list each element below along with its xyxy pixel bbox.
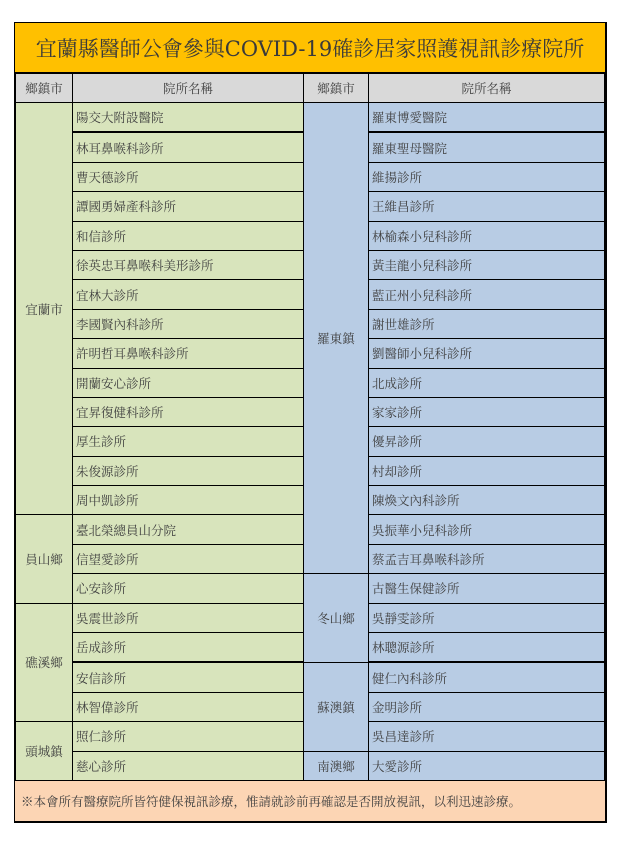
clinic-cell-left: 許明哲耳鼻喉科診所 — [73, 339, 304, 368]
clinic-cell-right: 羅東博愛醫院 — [369, 103, 605, 133]
clinic-cell-left: 陽交大附設醫院 — [73, 103, 304, 133]
clinic-cell-right: 林榆森小兒科診所 — [369, 221, 605, 250]
clinic-cell-left: 吳震世診所 — [73, 603, 304, 632]
table-row: 宜蘭市陽交大附設醫院羅東鎮羅東博愛醫院 — [16, 103, 605, 133]
town-cell-left: 頭城鎮 — [16, 722, 73, 781]
clinic-cell-left: 安信診所 — [73, 662, 304, 692]
clinic-cell-left: 周中凱診所 — [73, 486, 304, 515]
clinic-cell-left: 和信診所 — [73, 221, 304, 250]
clinic-cell-right: 村却診所 — [369, 456, 605, 485]
clinic-cell-right: 藍正州小兒科診所 — [369, 280, 605, 309]
clinic-cell-right: 吳昌達診所 — [369, 722, 605, 751]
clinic-cell-right: 黃圭龍小兒科診所 — [369, 250, 605, 279]
town-cell-right: 冬山鄉 — [304, 574, 369, 663]
clinic-cell-left: 厚生診所 — [73, 427, 304, 456]
clinic-cell-right: 羅東聖母醫院 — [369, 132, 605, 162]
clinic-cell-right: 陳煥文內科診所 — [369, 486, 605, 515]
clinic-cell-left: 照仁診所 — [73, 722, 304, 751]
clinic-cell-right: 古醫生保健診所 — [369, 574, 605, 603]
clinic-cell-right: 健仁內科診所 — [369, 662, 605, 692]
clinic-cell-right: 優昇診所 — [369, 427, 605, 456]
clinic-cell-right: 蔡孟吉耳鼻喉科診所 — [369, 544, 605, 573]
town-cell-right: 羅東鎮 — [304, 103, 369, 574]
clinic-cell-right: 維揚診所 — [369, 162, 605, 191]
clinic-cell-right: 金明診所 — [369, 692, 605, 721]
clinic-table-body: 宜蘭市陽交大附設醫院羅東鎮羅東博愛醫院林耳鼻喉科診所羅東聖母醫院曹天德診所維揚診… — [16, 103, 605, 781]
clinic-list-sheet: 宜蘭縣醫師公會參與COVID-19確診居家照護視訊診療院所 鄉鎮市 院所名稱 鄉… — [14, 22, 607, 823]
town-cell-right: 蘇澳鎮 — [304, 662, 369, 751]
clinic-cell-right: 吳振華小兒科診所 — [369, 515, 605, 544]
clinic-cell-right: 林聰源診所 — [369, 633, 605, 663]
clinic-cell-left: 林智偉診所 — [73, 692, 304, 721]
header-town-right: 鄉鎮市 — [304, 74, 369, 103]
clinic-cell-left: 臺北榮總員山分院 — [73, 515, 304, 544]
clinic-cell-left: 慈心診所 — [73, 751, 304, 780]
clinic-cell-right: 謝世雄診所 — [369, 309, 605, 338]
sheet-title: 宜蘭縣醫師公會參與COVID-19確診居家照護視訊診療院所 — [15, 23, 605, 73]
clinic-cell-left: 心安診所 — [73, 574, 304, 603]
clinic-cell-left: 曹天德診所 — [73, 162, 304, 191]
clinic-cell-right: 大愛診所 — [369, 751, 605, 780]
header-clinic-left: 院所名稱 — [73, 74, 304, 103]
clinic-cell-left: 林耳鼻喉科診所 — [73, 132, 304, 162]
header-row: 鄉鎮市 院所名稱 鄉鎮市 院所名稱 — [16, 74, 605, 103]
town-cell-right: 南澳鄉 — [304, 751, 369, 780]
header-clinic-right: 院所名稱 — [369, 74, 605, 103]
clinic-cell-left: 信望愛診所 — [73, 544, 304, 573]
clinic-cell-right: 家家診所 — [369, 397, 605, 426]
town-cell-left: 礁溪鄉 — [16, 603, 73, 722]
clinic-cell-left: 開蘭安心診所 — [73, 368, 304, 397]
table-row: 慈心診所南澳鄉大愛診所 — [16, 751, 605, 780]
clinic-cell-left: 宜林大診所 — [73, 280, 304, 309]
clinic-cell-left: 李國賢內科診所 — [73, 309, 304, 338]
header-town-left: 鄉鎮市 — [16, 74, 73, 103]
clinic-cell-right: 北成診所 — [369, 368, 605, 397]
clinic-cell-left: 譚國勇婦產科診所 — [73, 192, 304, 221]
clinic-cell-right: 吳靜雯診所 — [369, 603, 605, 632]
clinic-cell-left: 朱俊源診所 — [73, 456, 304, 485]
table-row: 心安診所冬山鄉古醫生保健診所 — [16, 574, 605, 603]
town-cell-left: 宜蘭市 — [16, 103, 73, 515]
clinic-cell-left: 岳成診所 — [73, 633, 304, 663]
clinic-cell-right: 王維昌診所 — [369, 192, 605, 221]
town-cell-left: 員山鄉 — [16, 515, 73, 603]
clinic-cell-left: 宜昇復健科診所 — [73, 397, 304, 426]
clinic-cell-right: 劉醫師小兒科診所 — [369, 339, 605, 368]
clinic-table: 鄉鎮市 院所名稱 鄉鎮市 院所名稱 宜蘭市陽交大附設醫院羅東鎮羅東博愛醫院林耳鼻… — [15, 73, 605, 781]
footer-note: ※本會所有醫療院所皆符健保視訊診療，惟請就診前再確認是否開放視訊，以利迅速診療。 — [15, 781, 605, 821]
clinic-cell-left: 徐英忠耳鼻喉科美形診所 — [73, 250, 304, 279]
table-row: 安信診所蘇澳鎮健仁內科診所 — [16, 662, 605, 692]
